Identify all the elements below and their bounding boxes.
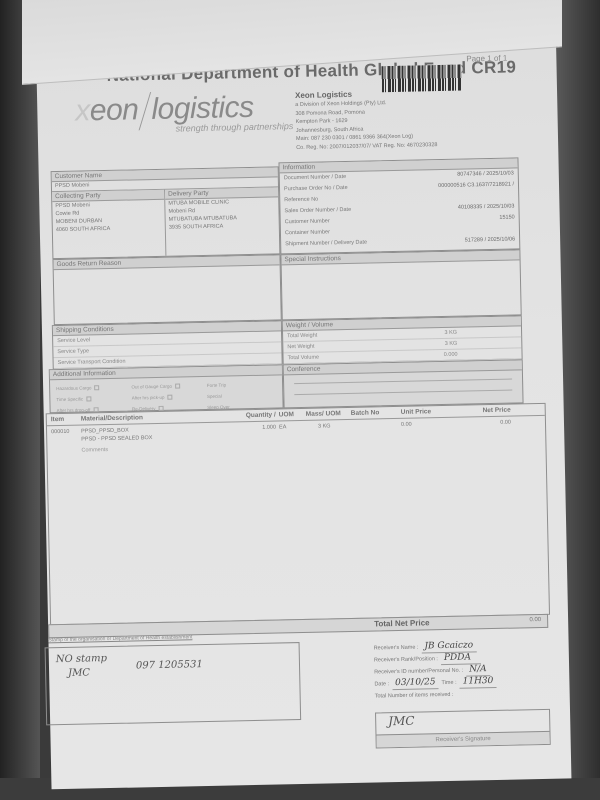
- shipping-conditions-section: Shipping Conditions Service Level Servic…: [52, 320, 283, 369]
- items-received-label: Total Number of items received :: [375, 689, 454, 703]
- checkbox-after-hrs-pickup[interactable]: After hrs pick-up: [132, 392, 202, 402]
- logo-separator: [139, 92, 152, 130]
- additional-info-section: Additional Information Hazardous Cargo O…: [49, 364, 284, 413]
- special-instructions-header: Special Instructions: [281, 250, 519, 265]
- receiver-time-value[interactable]: 11H30: [459, 675, 496, 689]
- items-received-row: Total Number of items received :: [375, 687, 555, 703]
- column-unit-price: Unit Price: [401, 408, 456, 416]
- checkbox-label: Forte Trip: [207, 383, 226, 388]
- cell-uom: EA: [276, 423, 307, 451]
- info-label: Sales Order Number / Date: [284, 205, 351, 217]
- conference-line: [294, 390, 512, 396]
- goods-return-section: Goods Return Reason: [52, 254, 281, 325]
- information-section: Information Document Number / Date807473…: [278, 157, 520, 254]
- receiver-time-label: Time :: [441, 677, 456, 689]
- special-instructions-section: Special Instructions: [280, 249, 521, 320]
- info-label: Purchase Order No / Date: [284, 183, 348, 195]
- mass-value: 3: [318, 424, 321, 430]
- cell-quantity: 1.000: [216, 424, 277, 452]
- collecting-party-line: 4060 SOUTH AFRICA: [53, 224, 165, 234]
- checkbox-special[interactable]: Special: [207, 390, 277, 400]
- receiver-signature-label: Receiver's Signature: [376, 731, 549, 748]
- weight-value: 3 KG: [444, 328, 457, 338]
- background-left: [0, 0, 40, 800]
- receiver-date-label: Date :: [374, 678, 389, 690]
- cell-net-price: 0.00: [456, 419, 512, 447]
- weight-value: 0.000: [444, 350, 458, 360]
- checkbox-box[interactable]: [175, 384, 180, 389]
- mass-uom: KG: [323, 423, 331, 429]
- checkbox-box[interactable]: [167, 395, 172, 400]
- weight-volume-section: Weight / Volume Total Weight3 KG Net Wei…: [282, 315, 523, 364]
- receiver-name-label: Receiver's Name :: [374, 642, 419, 655]
- customer-section: Customer Name PPSD Mobeni Collecting Par…: [51, 166, 281, 259]
- checkbox-label: Special: [207, 394, 222, 399]
- column-batch: Batch No: [351, 409, 401, 417]
- info-value: 15150: [499, 212, 515, 223]
- column-material: Material/Description: [81, 413, 216, 423]
- cell-item: 000010: [51, 428, 82, 456]
- checkbox-box[interactable]: [86, 396, 91, 401]
- info-value: 000000516 C3.1637/7218921 /: [438, 179, 514, 192]
- column-item: Item: [51, 416, 81, 424]
- shipping-label: Service Level: [57, 335, 90, 346]
- column-mass-uom: Mass/ UOM: [306, 410, 351, 418]
- logo-x: x: [75, 94, 90, 127]
- column-net-price: Net Price: [456, 407, 511, 415]
- logo-logistics: logistics: [151, 91, 254, 126]
- info-value: 517289 / 2025/10/06: [465, 234, 516, 246]
- conference-header: Conference: [284, 360, 522, 375]
- company-address: Xeon Logistics a Division of Xeon Holdin…: [295, 87, 438, 152]
- checkbox-hazardous-cargo[interactable]: Hazardous Cargo: [56, 383, 126, 393]
- cell-material: PPSD_PPSD_BOX PPSD - PPSD SEALED BOX Com…: [81, 425, 217, 455]
- conference-line: [294, 379, 512, 385]
- cell-batch: [351, 421, 402, 449]
- handwritten-initials: JMC: [68, 667, 90, 678]
- checkbox-box[interactable]: [94, 385, 99, 390]
- cell-mass: 3 KG: [306, 422, 352, 450]
- material-description: PPSD - PPSD SEALED BOX: [81, 433, 216, 444]
- logo-tagline: strength through partnerships: [176, 121, 294, 133]
- weight-label: Total Weight: [287, 331, 317, 342]
- shipping-label: Service Transport Condition: [58, 357, 126, 368]
- items-table: Item Material/Description Quantity / UOM…: [46, 403, 550, 625]
- receiver-date-value[interactable]: 03/10/25: [392, 676, 439, 690]
- receiver-signature-box[interactable]: JMC Receiver's Signature: [375, 709, 551, 749]
- delivery-party-line: 3935 SOUTH AFRICA: [166, 221, 279, 231]
- total-net-price-value: 0.00: [529, 617, 541, 623]
- column-quantity: Quantity /: [216, 412, 276, 420]
- info-label: Shipment Number / Delivery Date: [285, 238, 367, 251]
- checkbox-label: Out of Gauge Cargo: [131, 384, 172, 390]
- page-label: Page 1 of 1: [466, 54, 507, 64]
- handwritten-phone: 097 1205531: [136, 659, 203, 671]
- handwritten-note: NO stamp: [56, 653, 107, 665]
- total-net-price-label: Total Net Price: [374, 618, 430, 628]
- logo-eon: eon: [90, 93, 139, 127]
- goods-return-header: Goods Return Reason: [53, 255, 279, 270]
- checkbox-label: Time Specific: [56, 397, 83, 403]
- checkbox-forte-trip[interactable]: Forte Trip: [207, 379, 277, 389]
- column-uom: UOM: [276, 411, 306, 419]
- weight-label: Net Weight: [287, 342, 314, 353]
- checkbox-time-specific[interactable]: Time Specific: [56, 394, 126, 404]
- conference-section: Conference: [283, 359, 524, 408]
- material-comments: Comments: [81, 444, 216, 455]
- checkbox-label: After hrs pick-up: [132, 395, 165, 401]
- weight-value: 3 KG: [445, 339, 458, 349]
- company-logo: xeonlogistics strength through partnersh…: [75, 89, 293, 136]
- shipping-label: Service Type: [57, 346, 89, 357]
- delivery-note-sheet: National Department of Health Global Fun…: [36, 39, 571, 790]
- cell-unit-price: 0.00: [401, 420, 457, 448]
- weight-label: Total Volume: [287, 353, 319, 364]
- stamp-box: NO stamp JMC 097 1205531: [45, 642, 302, 725]
- checkbox-out-of-gauge[interactable]: Out of Gauge Cargo: [131, 381, 201, 391]
- delivery-party: Delivery Party MTUBA MOBILE CLINIC Moben…: [165, 187, 279, 255]
- collecting-party: Collecting Party PPSD Mobeni Cowie Rd MO…: [52, 190, 166, 258]
- info-label: Reference No: [284, 195, 318, 207]
- receiver-details: Receiver's Name :JB Gcaiczo Receiver's R…: [374, 639, 555, 703]
- receiver-signature: JMC: [388, 714, 415, 729]
- checkbox-label: Hazardous Cargo: [56, 385, 91, 391]
